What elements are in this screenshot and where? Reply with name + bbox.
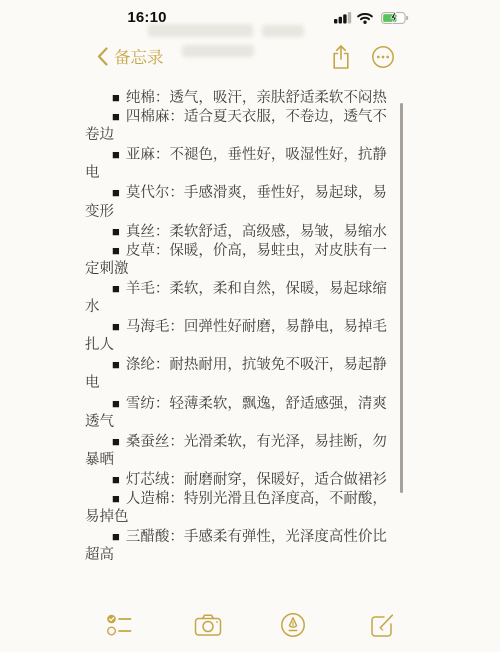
note-line-text: 电: [85, 165, 100, 181]
note-line: 电: [85, 164, 415, 183]
scrollbar[interactable]: [400, 103, 403, 493]
note-line-text: 暴晒: [85, 452, 114, 468]
bullet-square-icon: ■: [112, 319, 120, 334]
note-line: ■真丝：柔软舒适，高级感，易皱，易缩水: [85, 222, 415, 241]
note-line: ■桑蚕丝：光滑柔软，有光泽，易挂断，勿: [85, 432, 415, 451]
note-line-text: 真丝：柔软舒适，高级感，易皱，易缩水: [126, 224, 387, 240]
note-line-text: 扎人: [85, 337, 114, 353]
share-button[interactable]: [326, 42, 356, 72]
note-body[interactable]: ■纯棉：透气，吸汗，亲肤舒适柔软不闷热■四棉麻：适合夏天衣服，不卷边，透气不卷边…: [85, 88, 415, 565]
cellular-signal-icon: [334, 12, 353, 24]
note-line: 卷边: [85, 126, 415, 145]
note-line-text: 皮草：保暖，价高，易蛀虫，对皮肤有一: [126, 243, 387, 259]
note-line: ■羊毛：柔软，柔和自然，保暖，易起球缩: [85, 279, 415, 298]
note-line-text: 莫代尔：手感滑爽，垂性好，易起球，易: [126, 185, 387, 201]
watermark-smudge: [148, 24, 253, 37]
note-line: 电: [85, 374, 415, 393]
back-label: 备忘录: [114, 44, 164, 68]
bullet-square-icon: ■: [112, 434, 120, 449]
bullet-square-icon: ■: [112, 147, 120, 162]
note-line-text: 涤纶：耐热耐用，抗皱免不吸汗，易起静: [126, 357, 387, 373]
battery-charging-icon: [381, 12, 409, 24]
note-line: ■涤纶：耐热耐用，抗皱免不吸汗，易起静: [85, 355, 415, 374]
nav-bar: 备忘录: [0, 40, 500, 74]
bullet-square-icon: ■: [112, 224, 120, 239]
note-line-text: 超高: [85, 547, 114, 563]
note-line-text: 人造棉：特别光滑且色泽度高，不耐酸，: [126, 491, 387, 507]
note-line: 水: [85, 298, 415, 317]
note-line-text: 电: [85, 375, 100, 391]
markup-pen-icon: [280, 612, 306, 638]
camera-button[interactable]: [188, 605, 228, 645]
markup-button[interactable]: [273, 605, 313, 645]
note-line: ■人造棉：特别光滑且色泽度高，不耐酸，: [85, 489, 415, 508]
bullet-square-icon: ■: [112, 472, 120, 487]
bullet-square-icon: ■: [112, 491, 120, 506]
note-line: 超高: [85, 546, 415, 565]
note-line-text: 变形: [85, 204, 114, 220]
note-line: ■四棉麻：适合夏天衣服，不卷边，透气不: [85, 107, 415, 126]
share-icon: [331, 44, 351, 70]
note-line-text: 灯芯绒：耐磨耐穿，保暖好，适合做裙衫: [126, 472, 387, 488]
note-line-text: 易掉色: [85, 509, 129, 525]
wifi-icon: [357, 12, 373, 24]
note-line-text: 纯棉：透气，吸汗，亲肤舒适柔软不闷热: [126, 90, 387, 106]
note-line: ■莫代尔：手感滑爽，垂性好，易起球，易: [85, 183, 415, 202]
note-line: 扎人: [85, 336, 415, 355]
note-line-text: 透气: [85, 414, 114, 430]
compose-icon: [369, 612, 395, 638]
note-line: 透气: [85, 413, 415, 432]
note-line: ■灯芯绒：耐磨耐穿，保暖好，适合做裙衫: [85, 470, 415, 489]
bullet-square-icon: ■: [112, 90, 120, 105]
note-line-text: 三醋酸：手感柔有弹性，光泽度高性价比: [126, 529, 387, 545]
note-line-text: 雪纺：轻薄柔软，飘逸，舒适感强，清爽: [126, 396, 387, 412]
note-line-text: 羊毛：柔软，柔和自然，保暖，易起球缩: [126, 281, 387, 297]
chevron-left-icon: [97, 47, 108, 66]
camera-icon: [194, 613, 222, 637]
notes-app-screen: 16:10 备忘录: [0, 0, 500, 652]
watermark-smudge: [262, 25, 304, 37]
checklist-button[interactable]: [100, 605, 140, 645]
note-line: ■三醋酸：手感柔有弹性，光泽度高性价比: [85, 527, 415, 546]
note-line-text: 桑蚕丝：光滑柔软，有光泽，易挂断，勿: [126, 434, 387, 450]
note-line-text: 马海毛：回弹性好耐磨，易静电，易掉毛: [126, 319, 387, 335]
note-line: ■雪纺：轻薄柔软，飘逸，舒适感强，清爽: [85, 394, 415, 413]
note-line: ■皮草：保暖，价高，易蛀虫，对皮肤有一: [85, 241, 415, 260]
bullet-square-icon: ■: [112, 529, 120, 544]
back-button[interactable]: 备忘录: [97, 44, 164, 68]
note-line: 变形: [85, 203, 415, 222]
more-button[interactable]: [368, 42, 398, 72]
note-line: ■亚麻：不褪色，垂性好，吸湿性好，抗静: [85, 145, 415, 164]
note-line-text: 水: [85, 299, 100, 315]
note-line: 暴晒: [85, 451, 415, 470]
ellipsis-circle-icon: [371, 45, 395, 69]
bullet-square-icon: ■: [112, 281, 120, 296]
checklist-icon: [106, 613, 134, 637]
bullet-square-icon: ■: [112, 185, 120, 200]
bullet-square-icon: ■: [112, 396, 120, 411]
compose-button[interactable]: [362, 605, 402, 645]
note-line: ■马海毛：回弹性好耐磨，易静电，易掉毛: [85, 317, 415, 336]
note-line-text: 亚麻：不褪色，垂性好，吸湿性好，抗静: [126, 147, 387, 163]
bullet-square-icon: ■: [112, 243, 120, 258]
bullet-square-icon: ■: [112, 109, 120, 124]
note-line-text: 定刺激: [85, 261, 129, 277]
note-line-text: 四棉麻：适合夏天衣服，不卷边，透气不: [126, 109, 387, 125]
bullet-square-icon: ■: [112, 357, 120, 372]
note-line: ■纯棉：透气，吸汗，亲肤舒适柔软不闷热: [85, 88, 415, 107]
note-line: 定刺激: [85, 260, 415, 279]
bottom-toolbar: [0, 600, 500, 652]
note-line-text: 卷边: [85, 127, 114, 143]
note-line: 易掉色: [85, 508, 415, 527]
status-icons: [334, 11, 414, 25]
